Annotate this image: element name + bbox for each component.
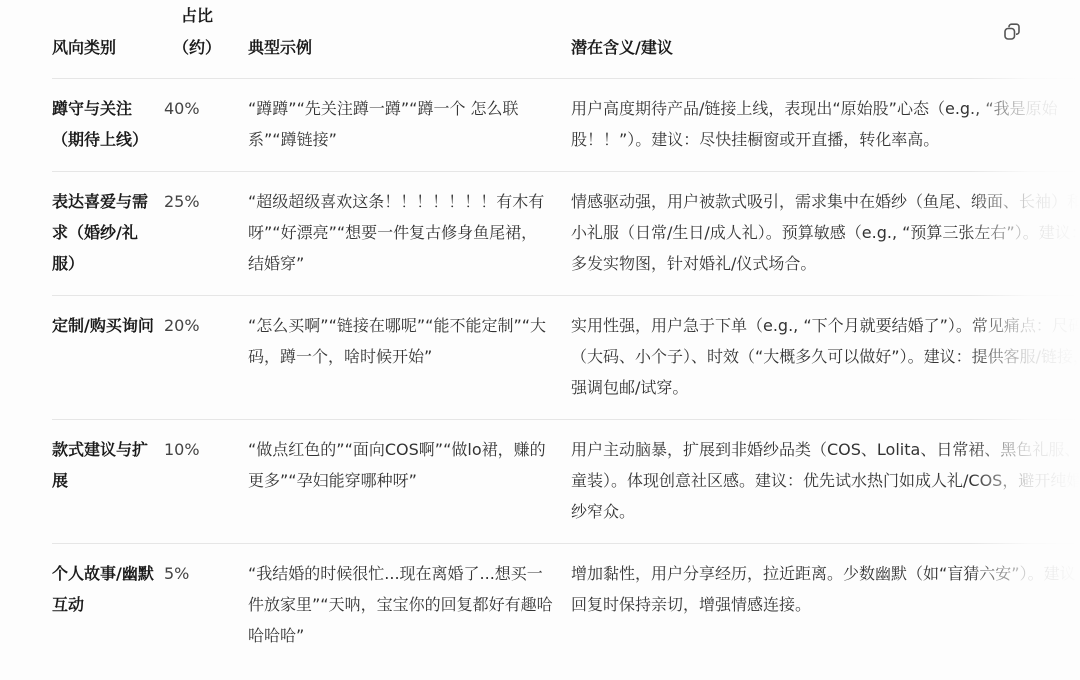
row-category: 定制/购买询问 xyxy=(52,296,164,420)
row-implication: 用户高度期待产品/链接上线，表现出“原始股”心态（e.g., “我是原始股！！”… xyxy=(571,79,1080,172)
row-implication: 情感驱动强，用户被款式吸引，需求集中在婚纱（鱼尾、缎面、长袖）和小礼服（日常/生… xyxy=(571,172,1080,296)
row-ratio: 20% xyxy=(164,296,248,420)
row-implication: 增加黏性，用户分享经历，拉近距离。少数幽默（如“盲猜六安”）。建议：回复时保持亲… xyxy=(571,544,1080,668)
table-row: 个人故事/幽默互动 5% “我结婚的时候很忙...现在离婚了...想买一件放家里… xyxy=(52,544,1080,668)
row-examples: “超级超级喜欢这条！！！！！！！有木有呀”“好漂亮”“想要一件复古修身鱼尾裙，结… xyxy=(248,172,571,296)
header-examples: 典型示例 xyxy=(248,0,571,79)
row-implication: 实用性强，用户急于下单（e.g., “下个月就要结婚了”）。常见痛点：尺码（大码… xyxy=(571,296,1080,420)
row-implication: 用户主动脑暴，扩展到非婚纱品类（COS、Lolita、日常裙、黑色礼服、童装）。… xyxy=(571,420,1080,544)
copy-icon xyxy=(1002,22,1022,42)
row-examples: “怎么买啊”“链接在哪呢”“能不能定制”“大码，蹲一个，啥时候开始” xyxy=(248,296,571,420)
row-ratio: 40% xyxy=(164,79,248,172)
row-examples: “蹲蹲”“先关注蹲一蹲”“蹲一个 怎么联系”“蹲链接” xyxy=(248,79,571,172)
row-ratio: 10% xyxy=(164,420,248,544)
row-category: 蹲守与关注（期待上线） xyxy=(52,79,164,172)
header-category: 风向类别 xyxy=(52,0,164,79)
table-row: 款式建议与扩展 10% “做点红色的”“面向COS啊”“做lo裙，赚的更多”“孕… xyxy=(52,420,1080,544)
copy-table-button[interactable] xyxy=(1002,22,1022,42)
row-category: 个人故事/幽默互动 xyxy=(52,544,164,668)
row-ratio: 25% xyxy=(164,172,248,296)
table-row: 表达喜爱与需求（婚纱/礼服） 25% “超级超级喜欢这条！！！！！！！有木有呀”… xyxy=(52,172,1080,296)
table-row: 定制/购买询问 20% “怎么买啊”“链接在哪呢”“能不能定制”“大码，蹲一个，… xyxy=(52,296,1080,420)
table-row: 蹲守与关注（期待上线） 40% “蹲蹲”“先关注蹲一蹲”“蹲一个 怎么联系”“蹲… xyxy=(52,79,1080,172)
data-table-container: 风向类别 占比（约） 典型示例 潜在含义/建议 蹲守与关注（期待上线） 40% … xyxy=(52,0,1080,680)
trend-table: 风向类别 占比（约） 典型示例 潜在含义/建议 蹲守与关注（期待上线） 40% … xyxy=(52,0,1080,667)
row-examples: “我结婚的时候很忙...现在离婚了...想买一件放家里”“天呐，宝宝你的回复都好… xyxy=(248,544,571,668)
row-category: 表达喜爱与需求（婚纱/礼服） xyxy=(52,172,164,296)
table-header-row: 风向类别 占比（约） 典型示例 潜在含义/建议 xyxy=(52,0,1080,79)
row-ratio: 5% xyxy=(164,544,248,668)
row-category: 款式建议与扩展 xyxy=(52,420,164,544)
row-examples: “做点红色的”“面向COS啊”“做lo裙，赚的更多”“孕妇能穿哪种呀” xyxy=(248,420,571,544)
header-ratio: 占比（约） xyxy=(164,0,248,79)
